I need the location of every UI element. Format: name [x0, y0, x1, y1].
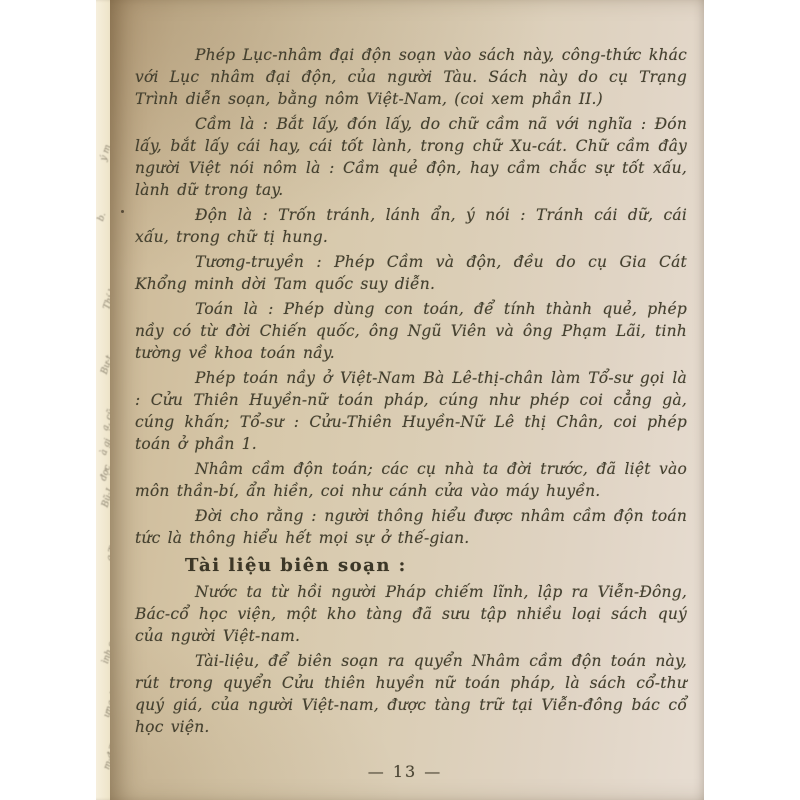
book-page: Phép Lục-nhâm đại độn soạn vào sách này,… — [110, 0, 704, 800]
paragraph: Nước ta từ hồi người Pháp chiếm lĩnh, lậ… — [135, 581, 687, 647]
paper-speck — [121, 210, 124, 213]
paragraph: Tài-liệu, để biên soạn ra quyển Nhâm cầm… — [135, 650, 687, 738]
paragraph: Toán là : Phép dùng con toán, để tính th… — [135, 298, 687, 364]
page-text-block: Phép Lục-nhâm đại độn soạn vào sách này,… — [135, 44, 687, 741]
paragraph: Độn là : Trốn tránh, lánh ẩn, ý nói : Tr… — [135, 204, 687, 248]
paragraph: Cầm là : Bắt lấy, đón lấy, do chữ cầm nã… — [135, 113, 687, 201]
facing-page-text-fragment: b. — [96, 211, 108, 222]
paragraph: Nhâm cầm độn toán; các cụ nhà ta đời trư… — [135, 458, 687, 502]
paragraph: Phép toán nầy ở Việt-Nam Bà Lê-thị-chân … — [135, 367, 687, 455]
section-heading: Tài liệu biên soạn : — [135, 555, 687, 577]
paragraph: Đời cho rằng : người thông hiểu được nhâ… — [135, 505, 687, 549]
paragraph: Phép Lục-nhâm đại độn soạn vào sách này,… — [135, 44, 687, 110]
page-number: — 13 — — [135, 762, 675, 781]
paragraph: Tương-truyền : Phép Cầm và độn, đều do c… — [135, 251, 687, 295]
book-page-photo: ý m b. Thí lu Bư-t ạ, cũ à gi đợc Bũ-L g… — [0, 0, 800, 800]
